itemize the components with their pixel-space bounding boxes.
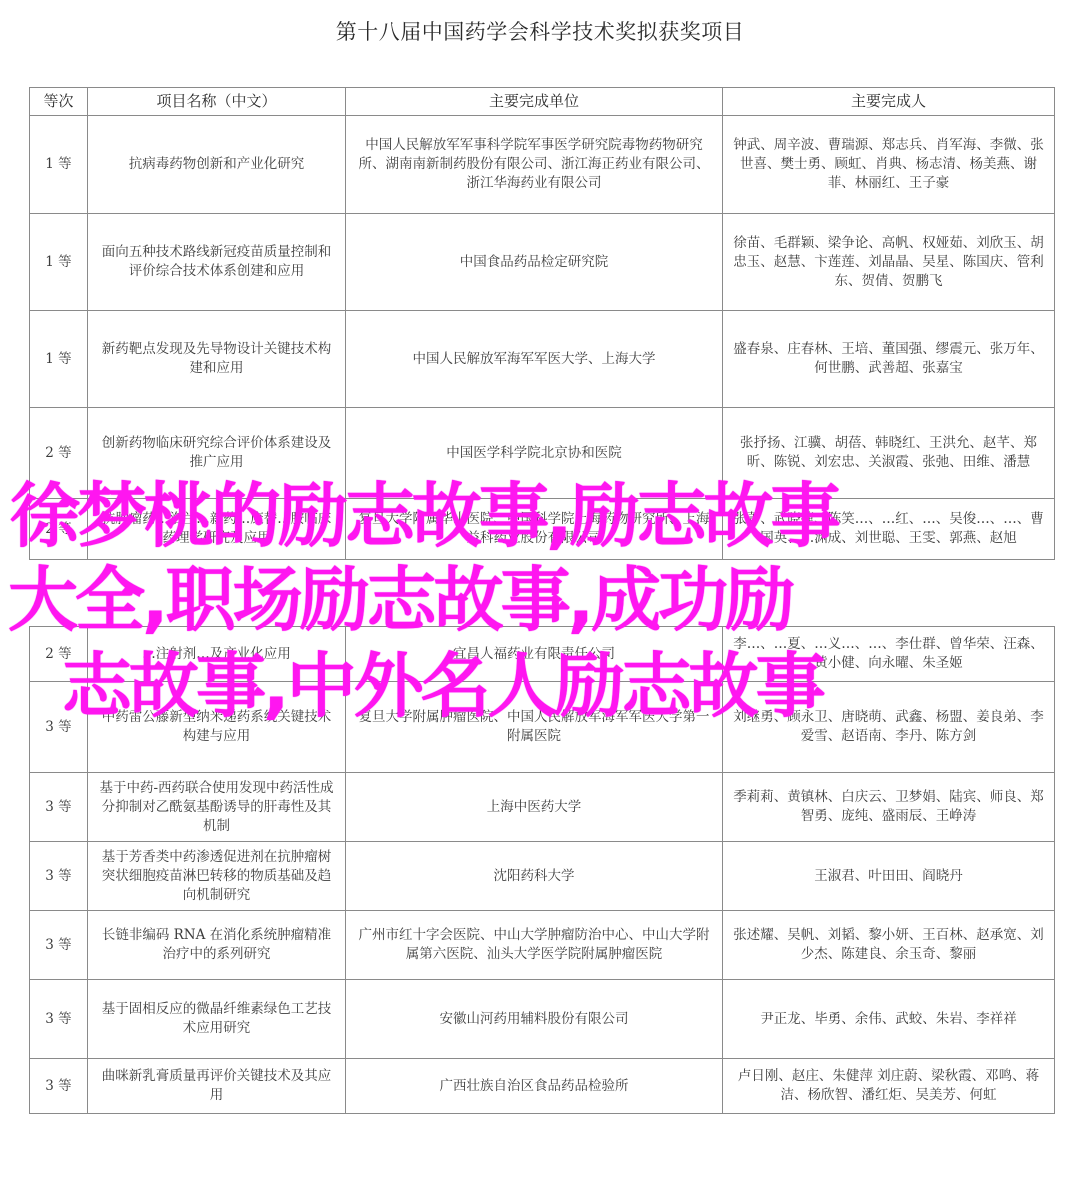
table-row: 1 等 新药靶点发现及先导物设计关键技术构建和应用 中国人民解放军海军军医大学、… bbox=[30, 311, 1055, 408]
cell-project: 面向五种技术路线新冠疫苗质量控制和评价综合技术体系创建和应用 bbox=[88, 214, 346, 311]
table-gap bbox=[30, 560, 1055, 627]
cell-rank: 2 等 bbox=[30, 627, 88, 682]
header-project: 项目名称（中文） bbox=[88, 88, 346, 116]
cell-units: 中国食品药品检定研究院 bbox=[346, 214, 723, 311]
cell-people: 尹正龙、毕勇、余伟、武蛟、朱岩、李祥祥 bbox=[723, 980, 1055, 1059]
cell-units: 宜昌人福药业有限责任公司 bbox=[346, 627, 723, 682]
cell-people: 李…、…夏、…义…、…、李仕群、曾华荣、汪森、黄小健、向永曜、朱圣姬 bbox=[723, 627, 1055, 682]
header-units: 主要完成单位 bbox=[346, 88, 723, 116]
cell-rank: 2 等 bbox=[30, 408, 88, 499]
table-row: 3 等 基于芳香类中药渗透促进剂在抗肿瘤树突状细胞疫苗淋巴转移的物质基础及趋向机… bbox=[30, 842, 1055, 911]
table-row: 3 等 基于固相反应的微晶纤维素绿色工艺技术应用研究 安徽山河药用辅料股份有限公… bbox=[30, 980, 1055, 1059]
cell-rank: 3 等 bbox=[30, 682, 88, 773]
cell-units: 复旦大学附属肿瘤医院、中国人民解放军海军军医大学第一附属医院 bbox=[346, 682, 723, 773]
cell-rank: 1 等 bbox=[30, 116, 88, 214]
cell-units: 中国人民解放军军事科学院军事医学研究院毒物药物研究所、湖南南新制药股份有限公司、… bbox=[346, 116, 723, 214]
cell-people: 季莉莉、黄镇林、白庆云、卫梦娟、陆宾、师良、郑智勇、庞纯、盛雨辰、王峥涛 bbox=[723, 773, 1055, 842]
cell-rank: 3 等 bbox=[30, 842, 88, 911]
cell-project: 抗病毒药物创新和产业化研究 bbox=[88, 116, 346, 214]
table-header-row: 等次 项目名称（中文） 主要完成单位 主要完成人 bbox=[30, 88, 1055, 116]
table-row: 2 等 抗肿瘤药…洛兰…新药…康替…胺临床药理学研究及应用 复旦大学附属华山医院… bbox=[30, 499, 1055, 560]
cell-people: 盛春泉、庄春林、王培、董国强、缪震元、张万年、何世鹏、武善超、张嘉宝 bbox=[723, 311, 1055, 408]
header-rank: 等次 bbox=[30, 88, 88, 116]
cell-project: 中药雷公藤新型纳米递药系统关键技术构建与应用 bbox=[88, 682, 346, 773]
table-row: 2 等 …注射剂…及产业化应用 宜昌人福药业有限责任公司 李…、…夏、…义…、…… bbox=[30, 627, 1055, 682]
cell-units: 中国人民解放军海军军医大学、上海大学 bbox=[346, 311, 723, 408]
cell-people: 徐苗、毛群颖、梁争论、高帆、权娅茹、刘欣玉、胡忠玉、赵慧、卞莲莲、刘晶晶、吴星、… bbox=[723, 214, 1055, 311]
table-row: 1 等 面向五种技术路线新冠疫苗质量控制和评价综合技术体系创建和应用 中国食品药… bbox=[30, 214, 1055, 311]
table-row: 3 等 基于中药-西药联合使用发现中药活性成分抑制对乙酰氨基酚诱导的肝毒性及其机… bbox=[30, 773, 1055, 842]
cell-people: 王淑君、叶田田、阎晓丹 bbox=[723, 842, 1055, 911]
cell-project: …注射剂…及产业化应用 bbox=[88, 627, 346, 682]
table-row: 2 等 创新药物临床研究综合评价体系建设及推广应用 中国医学科学院北京协和医院 … bbox=[30, 408, 1055, 499]
cell-project: 曲咪新乳膏质量再评价关键技术及其应用 bbox=[88, 1059, 346, 1114]
table-row: 3 等 长链非编码 RNA 在消化系统肿瘤精准治疗中的系列研究 广州市红十字会医… bbox=[30, 911, 1055, 980]
awards-table: 等次 项目名称（中文） 主要完成单位 主要完成人 1 等 抗病毒药物创新和产业化… bbox=[29, 87, 1055, 1114]
table-row: 3 等 曲咪新乳膏质量再评价关键技术及其应用 广西壮族自治区食品药品检验所 卢日… bbox=[30, 1059, 1055, 1114]
cell-rank: 3 等 bbox=[30, 911, 88, 980]
cell-units: 广州市红十字会医院、中山大学肿瘤防治中心、中山大学附属第六医院、汕头大学医学院附… bbox=[346, 911, 723, 980]
document-title: 第十八届中国药学会科学技术奖拟获奖项目 bbox=[0, 16, 1080, 46]
cell-rank: 1 等 bbox=[30, 214, 88, 311]
gap-cell bbox=[30, 560, 1055, 627]
cell-project: 基于芳香类中药渗透促进剂在抗肿瘤树突状细胞疫苗淋巴转移的物质基础及趋向机制研究 bbox=[88, 842, 346, 911]
cell-rank: 3 等 bbox=[30, 980, 88, 1059]
cell-project: 基于固相反应的微晶纤维素绿色工艺技术应用研究 bbox=[88, 980, 346, 1059]
cell-rank: 3 等 bbox=[30, 773, 88, 842]
cell-people: 张菁、武晓捷、陈笑…、…红、…、吴俊…、…、曹国英、…渊成、刘世聪、王雯、郭燕、… bbox=[723, 499, 1055, 560]
cell-rank: 1 等 bbox=[30, 311, 88, 408]
cell-people: 刘继勇、顾永卫、唐晓萌、武鑫、杨盟、姜良弟、李爱雪、赵语南、李丹、陈方剑 bbox=[723, 682, 1055, 773]
cell-units: 上海中医药大学 bbox=[346, 773, 723, 842]
cell-rank: 3 等 bbox=[30, 1059, 88, 1114]
cell-project: 抗肿瘤药…洛兰…新药…康替…胺临床药理学研究及应用 bbox=[88, 499, 346, 560]
cell-project: 长链非编码 RNA 在消化系统肿瘤精准治疗中的系列研究 bbox=[88, 911, 346, 980]
cell-rank: 2 等 bbox=[30, 499, 88, 560]
cell-units: 复旦大学附属华山医院、中国科学院上海药物研究所、上海益科药业股份有限公司 bbox=[346, 499, 723, 560]
cell-units: 中国医学科学院北京协和医院 bbox=[346, 408, 723, 499]
cell-project: 基于中药-西药联合使用发现中药活性成分抑制对乙酰氨基酚诱导的肝毒性及其机制 bbox=[88, 773, 346, 842]
cell-project: 创新药物临床研究综合评价体系建设及推广应用 bbox=[88, 408, 346, 499]
cell-people: 张述耀、吴帆、刘韬、黎小妍、王百林、赵承宽、刘少杰、陈建良、余玉奇、黎丽 bbox=[723, 911, 1055, 980]
cell-units: 安徽山河药用辅料股份有限公司 bbox=[346, 980, 723, 1059]
cell-people: 张抒扬、江骥、胡蓓、韩晓红、王洪允、赵芊、郑昕、陈锐、刘宏忠、关淑霞、张弛、田维… bbox=[723, 408, 1055, 499]
cell-units: 广西壮族自治区食品药品检验所 bbox=[346, 1059, 723, 1114]
table-row: 1 等 抗病毒药物创新和产业化研究 中国人民解放军军事科学院军事医学研究院毒物药… bbox=[30, 116, 1055, 214]
table-row: 3 等 中药雷公藤新型纳米递药系统关键技术构建与应用 复旦大学附属肿瘤医院、中国… bbox=[30, 682, 1055, 773]
cell-people: 卢日刚、赵庄、朱健萍 刘庄蔚、梁秋霞、邓鸣、蒋洁、杨欣智、潘红炬、吴美芳、何虹 bbox=[723, 1059, 1055, 1114]
cell-units: 沈阳药科大学 bbox=[346, 842, 723, 911]
header-people: 主要完成人 bbox=[723, 88, 1055, 116]
cell-people: 钟武、周辛波、曹瑞源、郑志兵、肖军海、李微、张世喜、樊士勇、顾虹、肖典、杨志清、… bbox=[723, 116, 1055, 214]
cell-project: 新药靶点发现及先导物设计关键技术构建和应用 bbox=[88, 311, 346, 408]
